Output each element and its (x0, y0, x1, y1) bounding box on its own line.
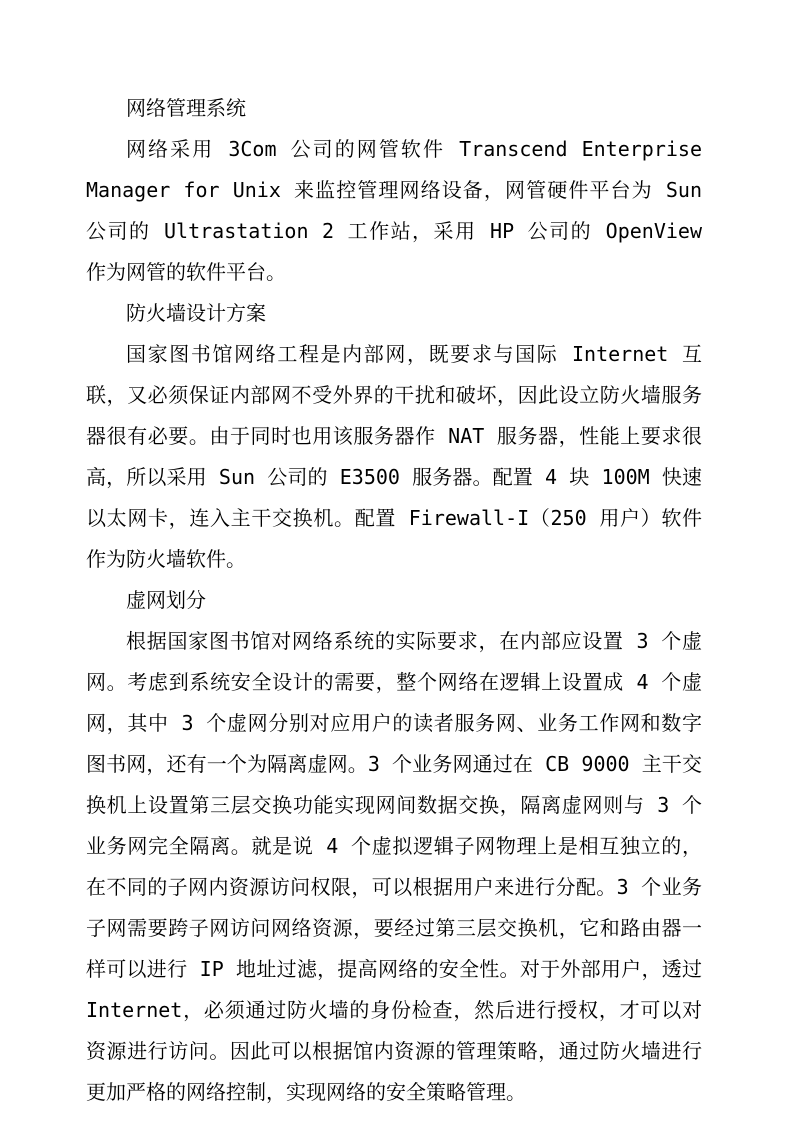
section-heading: 虚网划分 (86, 580, 702, 621)
section-heading: 网络管理系统 (86, 88, 702, 129)
paragraph: 网络采用 3Com 公司的网管软件 Transcend Enterprise M… (86, 129, 702, 293)
section-heading: 防火墙设计方案 (86, 293, 702, 334)
paragraph: 国家图书馆网络工程是内部网，既要求与国际 Internet 互联，又必须保证内部… (86, 334, 702, 580)
paragraph: 根据国家图书馆对网络系统的实际要求，在内部应设置 3 个虚网。考虑到系统安全设计… (86, 621, 702, 1113)
document-body: 网络管理系统网络采用 3Com 公司的网管软件 Transcend Enterp… (86, 88, 702, 1113)
document-page: 网络管理系统网络采用 3Com 公司的网管软件 Transcend Enterp… (0, 0, 793, 1122)
